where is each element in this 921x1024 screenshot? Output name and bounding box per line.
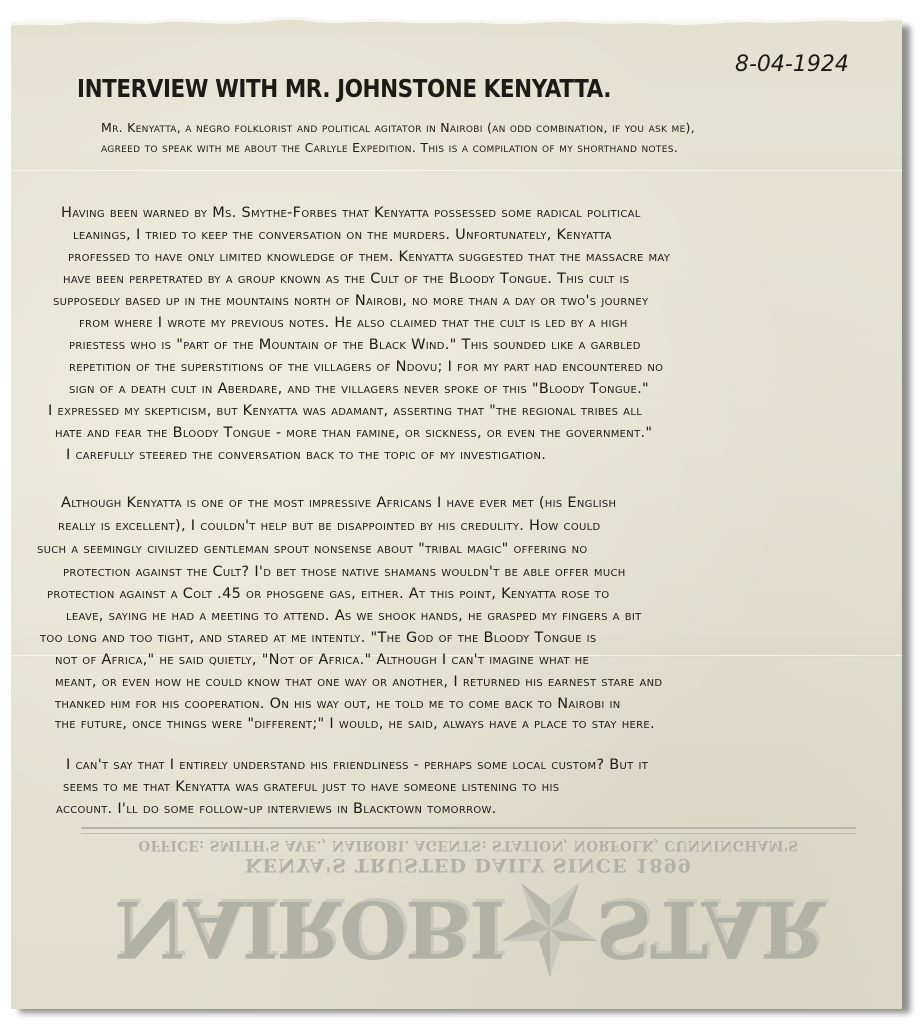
paragraph-1-line: Having been warned by Ms. Smythe-Forbes … — [61, 205, 641, 221]
paragraph-2-line: Although Kenyatta is one of the most imp… — [61, 495, 616, 511]
paragraph-1-line: professed to have only limited knowledge… — [68, 249, 670, 265]
paragraph-1-line: sign of a death cult in Aberdare, and th… — [69, 381, 649, 397]
fold-crease — [11, 170, 902, 171]
paragraph-1-line: from where I wrote my previous notes. He… — [79, 315, 628, 331]
letterhead-masthead: NAIROBI STAR — [81, 879, 856, 979]
paragraph-2-line: too long and too tight, and stared at me… — [40, 630, 597, 646]
paragraph-1-line: I carefully steered the conversation bac… — [66, 447, 546, 463]
paragraph-1-line: have been perpetrated by a group known a… — [63, 271, 629, 287]
document-title: Interview with Mr. Johnstone Kenyatta. — [77, 74, 611, 103]
paragraph-1-line: hate and fear the Bloody Tongue - more t… — [55, 425, 652, 441]
paragraph-1-line: repetition of the superstitions of the v… — [69, 359, 663, 375]
paragraph-2-line: thanked him for his cooperation. On his … — [55, 696, 621, 712]
document-date: 8-04-1924 — [735, 52, 849, 77]
paragraph-2-line: protection against the Cult? I'd bet tho… — [63, 564, 626, 580]
letterhead-rule — [81, 827, 856, 834]
masthead-name-left: NAIROBI — [114, 884, 503, 975]
letter-page: 8-04-1924 Interview with Mr. Johnstone K… — [11, 22, 902, 1009]
paragraph-3-line: I can't say that I entirely understand h… — [66, 757, 648, 773]
paragraph-1-line: I expressed my skepticism, but Kenyatta … — [48, 403, 642, 419]
paragraph-1-line: priestess who is "part of the Mountain o… — [69, 337, 641, 353]
nautical-star-icon — [500, 879, 600, 979]
letterhead-office-line: OFFICE: SMITH'S AVE., NAIROBI. AGENTS: S… — [81, 837, 856, 853]
masthead-name-right: STAR — [596, 884, 823, 975]
paragraph-2-line: the future, once things were "different;… — [55, 716, 655, 732]
intro-line: Mr. Kenyatta, a negro folklorist and pol… — [101, 120, 695, 135]
paragraph-1-line: supposedly based up in the mountains nor… — [53, 293, 648, 309]
paragraph-2-line: really is excellent), I couldn't help bu… — [58, 518, 600, 534]
paragraph-2-line: leave, saying he had a meeting to attend… — [66, 608, 642, 624]
paragraph-3-line: seems to me that Kenyatta was grateful j… — [63, 779, 559, 795]
newspaper-letterhead: OFFICE: SMITH'S AVE., NAIROBI. AGENTS: S… — [81, 827, 856, 1012]
letterhead-tagline: KENYA'S TRUSTED DAILY SINCE 1899 — [81, 854, 856, 876]
torn-top-edge — [11, 12, 902, 34]
paragraph-3-line: account. I'll do some follow-up intervie… — [56, 801, 497, 817]
paragraph-2-line: such a seemingly civilized gentleman spo… — [37, 541, 588, 557]
intro-line: agreed to speak with me about the Carlyl… — [101, 140, 678, 155]
paragraph-2-line: not of Africa," he said quietly, "Not of… — [55, 652, 589, 668]
paragraph-2-line: protection against a Colt .45 or phosgen… — [47, 586, 609, 602]
paragraph-1-line: leanings, I tried to keep the conversati… — [73, 227, 612, 243]
paragraph-2-line: meant, or even how he could know that on… — [55, 674, 662, 690]
